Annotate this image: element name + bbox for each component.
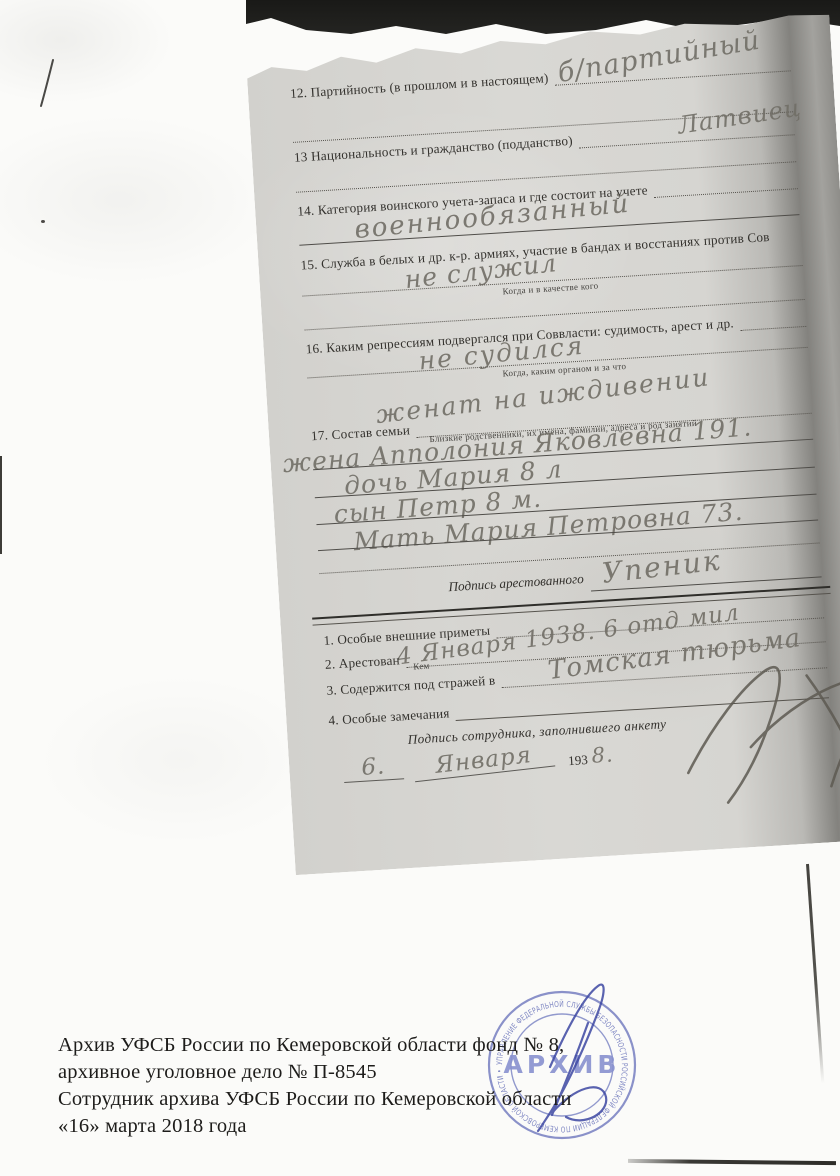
- page-edge-artifact: [806, 864, 824, 1084]
- archive-line-3: Сотрудник архива УФСБ России по Кемеровс…: [58, 1086, 658, 1113]
- date-year-handwriting: 8.: [591, 742, 614, 767]
- date-row: 6. Января 193 8.: [343, 739, 615, 782]
- left-edge-artifact: [0, 456, 2, 554]
- ink-dot-artifact: [41, 220, 45, 223]
- field-14-line: [653, 175, 798, 198]
- scanned-archive-document: { "colors": { "stamp_blue": "#5f69b5", "…: [0, 0, 840, 1176]
- field-16-line: [739, 313, 806, 331]
- arrestee-signature-label: Подпись арестованного: [448, 571, 584, 595]
- archive-reference-block: Архив УФСБ России по Кемеровской области…: [58, 1032, 658, 1140]
- pen-slash-mark: [36, 58, 60, 108]
- extra-2-caption: Кем: [413, 661, 430, 672]
- date-day-handwriting: 6.: [343, 752, 404, 783]
- archive-line-1: Архив УФСБ России по Кемеровской области…: [58, 1032, 658, 1059]
- archive-line-2: архивное уголовное дело № П-8545: [58, 1059, 658, 1086]
- field-12-label: 12. Партийность (в прошлом и в настоящем…: [290, 70, 549, 102]
- field-13-label: 13 Национальность и гражданство (подданс…: [294, 133, 574, 166]
- extra-2-label: 2. Арестован: [325, 652, 401, 673]
- bottom-scan-artifact: [628, 1159, 836, 1165]
- archive-line-4: «16» марта 2018 года: [58, 1113, 658, 1140]
- date-year-printed: 193: [568, 752, 589, 769]
- officer-signature-stroke: [653, 640, 840, 816]
- extra-4-label: 4. Особые замечания: [328, 705, 450, 728]
- questionnaire-page: 12. Партийность (в прошлом и в настоящем…: [245, 13, 840, 875]
- extra-3-label: 3. Содержится под стражей в: [326, 673, 496, 699]
